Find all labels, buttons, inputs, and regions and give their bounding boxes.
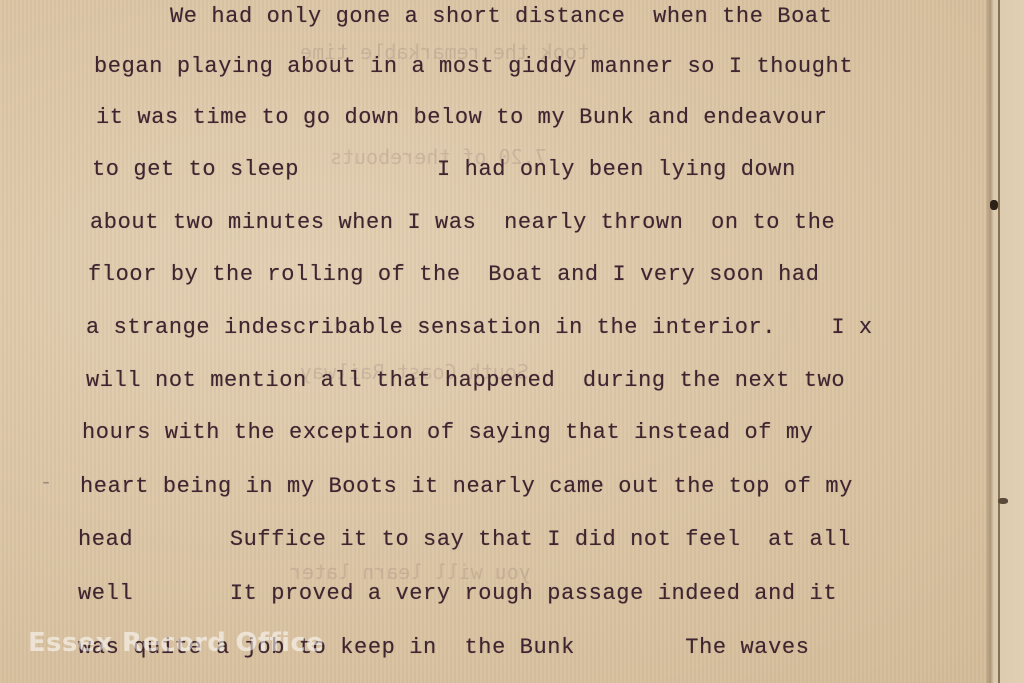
margin-dash: - (40, 472, 52, 495)
text-line: We had only gone a short distance when t… (170, 4, 833, 29)
text-line: will not mention all that happened durin… (86, 368, 845, 393)
text-line: it was time to go down below to my Bunk … (96, 105, 828, 130)
text-line: a strange indescribable sensation in the… (86, 315, 873, 340)
watermark: Essex Record Office (28, 628, 324, 658)
text-line: hours with the exception of saying that … (82, 420, 814, 445)
text-line: began playing about in a most giddy mann… (94, 54, 853, 79)
text-line: heart being in my Boots it nearly came o… (80, 474, 853, 499)
text-line: about two minutes when I was nearly thro… (90, 210, 835, 235)
typed-text-block: We had only gone a short distance when t… (0, 0, 1024, 683)
text-line: floor by the rolling of the Boat and I v… (88, 262, 820, 287)
text-line: head Suffice it to say that I did not fe… (78, 527, 851, 552)
text-line: well It proved a very rough passage inde… (78, 581, 837, 606)
text-line: to get to sleep I had only been lying do… (92, 157, 796, 182)
